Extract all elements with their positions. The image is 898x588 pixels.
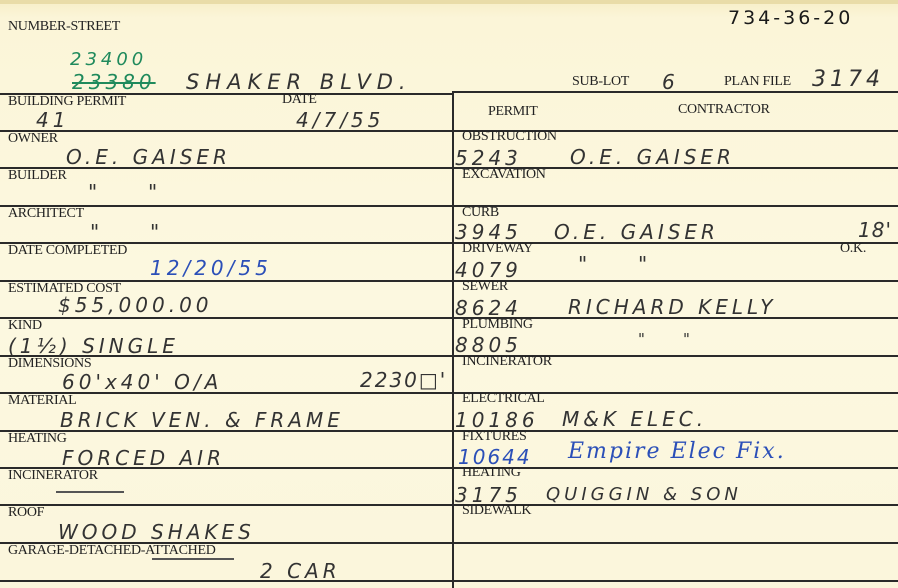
heating-right-label: HEATING	[462, 466, 521, 480]
kind-label: KIND	[8, 319, 42, 333]
rule	[0, 580, 898, 582]
architect-value: " "	[90, 222, 159, 242]
dimensions-label: DIMENSIONS	[8, 357, 91, 371]
building-permit-label: BUILDING PERMIT	[8, 95, 126, 109]
permit-column-header: PERMIT	[488, 105, 538, 119]
dimensions-value: 60'x40' O/A	[62, 372, 222, 392]
heating-permit: 3175	[455, 485, 522, 505]
date-value: 4/7/55	[296, 110, 384, 130]
plumbing-label: PLUMBING	[462, 318, 533, 332]
rule	[0, 504, 898, 506]
kind-value: (1½) SINGLE	[8, 336, 179, 356]
curb-note: 18'	[858, 220, 892, 240]
rule	[0, 205, 898, 207]
plan-file-label: PLAN FILE	[724, 75, 791, 89]
sewer-contractor: RICHARD KELLY	[568, 297, 776, 317]
number-street-label: NUMBER-STREET	[8, 20, 120, 34]
material-value: BRICK VEN. & FRAME	[60, 410, 344, 430]
fixtures-label: FIXTURES	[462, 430, 527, 444]
architect-label: ARCHITECT	[8, 207, 84, 221]
heating-contractor: QUIGGIN & SON	[546, 485, 742, 505]
estimated-cost-value: $55,000.00	[58, 295, 213, 315]
driveway-label: DRIVEWAY	[462, 242, 533, 256]
address-number-current: 23400	[70, 50, 147, 70]
driveway-note: O.K.	[840, 242, 866, 256]
roof-value: WOOD SHAKES	[58, 522, 255, 542]
curb-permit: 3945	[455, 222, 522, 242]
plan-file-value: 3174	[812, 70, 884, 90]
sewer-permit: 8624	[455, 298, 522, 318]
address-number-crossed: 23380	[72, 72, 156, 92]
rule	[0, 280, 898, 282]
driveway-permit: 4079	[455, 260, 522, 280]
date-completed-value: 12/20/55	[150, 258, 272, 278]
date-completed-label: DATE COMPLETED	[8, 244, 127, 258]
sewer-label: SEWER	[462, 280, 508, 294]
incinerator-label: INCINERATOR	[8, 469, 98, 483]
plumbing-permit: 8805	[455, 335, 522, 355]
plumbing-contractor: " "	[638, 329, 690, 349]
date-label: DATE	[282, 93, 317, 107]
garage-value: 2 CAR	[260, 561, 341, 581]
sub-lot-value: 6	[662, 72, 679, 92]
obstruction-permit: 5243	[455, 148, 522, 168]
incinerator-dash	[56, 491, 124, 493]
electrical-permit: 10186	[455, 410, 539, 430]
electrical-label: ELECTRICAL	[462, 392, 545, 406]
rule	[452, 91, 898, 93]
sub-lot-label: SUB-LOT	[572, 75, 629, 89]
building-record-card: NUMBER-STREET 734-36-20 23400 23380 SHAK…	[0, 0, 898, 588]
driveway-contractor: " "	[578, 254, 647, 274]
heating-label: HEATING	[8, 432, 67, 446]
address-street: SHAKER BLVD.	[186, 72, 412, 92]
roof-label: ROOF	[8, 506, 44, 520]
obstruction-contractor: O.E. GAISER	[570, 147, 735, 167]
curb-label: CURB	[462, 206, 499, 220]
column-divider	[452, 91, 454, 588]
garage-attached-underline	[152, 558, 234, 560]
card-top-edge	[0, 0, 898, 4]
excavation-label: EXCAVATION	[462, 168, 546, 182]
heating-value: FORCED AIR	[62, 448, 225, 468]
contractor-column-header: CONTRACTOR	[678, 103, 770, 117]
curb-contractor: O.E. GAISER	[554, 222, 719, 242]
sidewalk-label: SIDEWALK	[462, 504, 531, 518]
electrical-contractor: M&K ELEC.	[562, 409, 707, 429]
fixtures-contractor: Empire Elec Fix.	[568, 442, 786, 462]
owner-label: OWNER	[8, 132, 58, 146]
rule	[0, 130, 898, 132]
owner-value: O.E. GAISER	[66, 147, 231, 167]
garage-label: GARAGE-DETACHED-ATTACHED	[8, 544, 216, 558]
fixtures-permit: 10644	[458, 447, 532, 467]
dimensions-area: 2230□'	[360, 370, 447, 390]
obstruction-label: OBSTRUCTION	[462, 130, 557, 144]
builder-value: " "	[88, 182, 157, 202]
file-number: 734-36-20	[728, 8, 853, 28]
builder-label: BUILDER	[8, 169, 67, 183]
material-label: MATERIAL	[8, 394, 76, 408]
incinerator-right-label: INCINERATOR	[462, 355, 552, 369]
building-permit-value: 41	[36, 110, 69, 130]
